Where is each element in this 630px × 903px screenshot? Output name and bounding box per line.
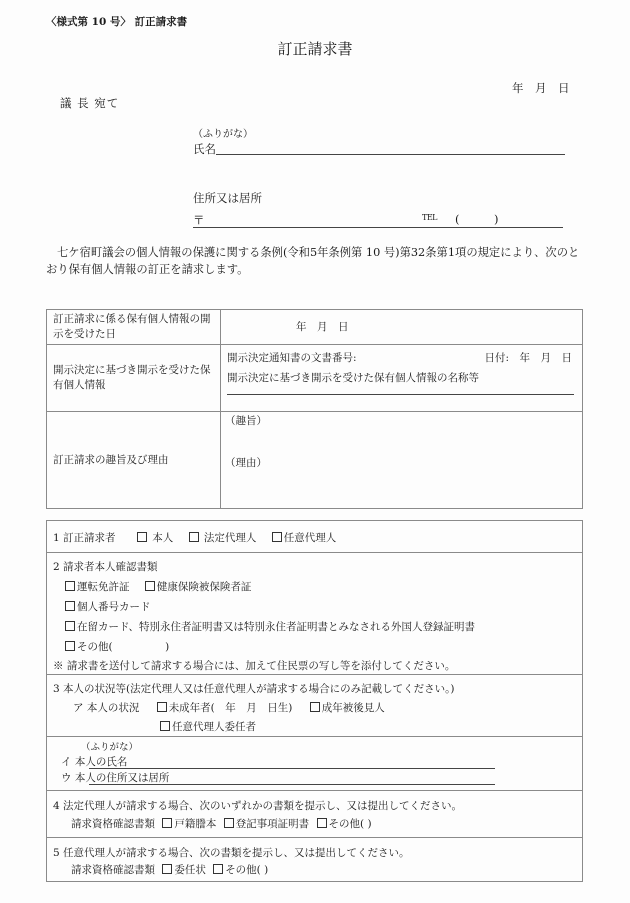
checkbox-drivers-license[interactable]: 運転免許証 — [65, 581, 130, 593]
principal-furigana-label: （ふりがな） — [81, 739, 138, 753]
disclosure-date-field[interactable]: 年 月 日 — [221, 310, 583, 345]
checkbox-icon — [65, 601, 75, 611]
disclosed-info-cell: 開示決定通知書の文書番号: 日付: 年 月 日 開示決定に基づき開示を受けた保有… — [221, 345, 583, 412]
checkbox-residence-card[interactable]: 在留カード、特別永住者証明書又は特別永住者証明書とみなされる外国人登録証明書 — [65, 619, 475, 634]
status-label: ア 本人の状況 — [73, 702, 139, 714]
section-3-title: 3 本人の状況等(法定代理人又は任意代理人が請求する場合にのみ記載してください。… — [53, 681, 454, 696]
checkbox-icon — [189, 532, 199, 542]
postal-mark: 〒 — [193, 212, 205, 228]
purpose-label: （趣旨） — [225, 414, 576, 429]
info-name-field[interactable] — [227, 394, 574, 395]
principal-name-label: イ 本人の氏名 — [61, 754, 127, 769]
docs-label: 請求資格確認書類 — [71, 864, 155, 876]
checkbox-icon — [310, 702, 320, 712]
address-field[interactable] — [193, 227, 563, 228]
checkbox-voluntary-agent[interactable]: 任意代理人 — [272, 532, 337, 544]
tel-field[interactable]: ( ) — [455, 211, 498, 227]
checkbox-self[interactable]: 本人 — [137, 532, 173, 544]
intro-text: 七ケ宿町議会の個人情報の保護に関する条例(令和5年条例第 10 号)第32条第1… — [46, 244, 586, 278]
checkbox-icon — [272, 532, 282, 542]
requester-sections: 1 訂正請求者 本人 法定代理人 任意代理人 2 請求者本人確認書類 運転免許証… — [46, 520, 583, 882]
checkbox-icon — [65, 641, 75, 651]
checkbox-legal-agent[interactable]: 法定代理人 — [189, 532, 257, 544]
doc-number-field[interactable]: 開示決定通知書の文書番号: — [227, 351, 357, 366]
purpose-reason-cell[interactable]: （趣旨） （理由） — [221, 412, 583, 509]
address-label: 住所又は居所 — [193, 190, 262, 206]
addressee: 議 長 宛て — [60, 95, 119, 111]
checkbox-icon — [162, 864, 172, 874]
id-documents-note: ※ 請求書を送付して請求する場合には、加えて住民票の写し等を添付してください。 — [53, 658, 455, 673]
disclosed-info-label: 開示決定に基づき開示を受けた保有個人情報 — [47, 345, 221, 412]
reason-label: （理由） — [225, 456, 576, 471]
checkbox-icon — [157, 702, 167, 712]
checkbox-icon — [65, 621, 75, 631]
section-legal-agent-docs: 4 法定代理人が請求する場合、次のいずれかの書類を提示し、又は提出してください。… — [47, 791, 582, 838]
checkbox-family-register[interactable]: 戸籍謄本 — [162, 818, 216, 830]
checkbox-icon — [317, 818, 327, 828]
section-2-title: 2 請求者本人確認書類 — [53, 559, 158, 574]
checkbox-icon — [145, 581, 155, 591]
name-field[interactable] — [216, 154, 565, 155]
section-principal-identity: （ふりがな） イ 本人の氏名 ウ 本人の住所又は居所 — [47, 737, 582, 791]
checkbox-health-insurance[interactable]: 健康保険被保険者証 — [145, 581, 252, 593]
checkbox-other-id[interactable]: その他( ) — [65, 639, 169, 654]
info-name-label: 開示決定に基づき開示を受けた保有個人情報の名称等 — [227, 371, 576, 386]
checkbox-other-voluntary[interactable]: その他( ) — [213, 864, 268, 876]
checkbox-icon — [213, 864, 223, 874]
section-principal-status: 3 本人の状況等(法定代理人又は任意代理人が請求する場合にのみ記載してください。… — [47, 675, 582, 737]
section-voluntary-agent-docs: 5 任意代理人が請求する場合、次の書類を提示し、又は提出してください。 請求資格… — [47, 838, 582, 881]
page-title: 訂正請求書 — [0, 38, 630, 59]
checkbox-minor[interactable]: 未成年者( 年 月 日生) — [157, 702, 293, 714]
table-row: 訂正請求に係る保有個人情報の開示を受けた日 年 月 日 — [47, 310, 583, 345]
section-5-title: 5 任意代理人が請求する場合、次の書類を提示し、又は提出してください。 — [53, 845, 410, 860]
notice-date-field[interactable]: 日付: 年 月 日 — [484, 351, 572, 366]
table-row: 開示決定に基づき開示を受けた保有個人情報 開示決定通知書の文書番号: 日付: 年… — [47, 345, 583, 412]
name-label: 氏名 — [193, 141, 216, 157]
section-4-title: 4 法定代理人が請求する場合、次のいずれかの書類を提示し、又は提出してください。 — [53, 798, 462, 813]
checkbox-registry-cert[interactable]: 登記事項証明書 — [224, 818, 310, 830]
checkbox-icon — [160, 721, 170, 731]
tel-label: TEL — [422, 213, 437, 222]
form-number: 〈様式第 10 号〉 訂正請求書 — [46, 14, 187, 29]
checkbox-icon — [162, 818, 172, 828]
request-date[interactable]: 年 月 日 — [512, 80, 570, 96]
checkbox-delegator[interactable]: 任意代理人委任者 — [160, 719, 256, 734]
section-requester-type: 1 訂正請求者 本人 法定代理人 任意代理人 — [47, 521, 582, 553]
section-id-documents: 2 請求者本人確認書類 運転免許証 健康保険被保険者証 個人番号カード 在留カー… — [47, 553, 582, 675]
checkbox-icon — [65, 581, 75, 591]
checkbox-mynumber-card[interactable]: 個人番号カード — [65, 599, 151, 614]
docs-label: 請求資格確認書類 — [71, 818, 155, 830]
checkbox-icon — [137, 532, 147, 542]
purpose-reason-label: 訂正請求の趣旨及び理由 — [47, 412, 221, 509]
checkbox-other-legal[interactable]: その他( ) — [317, 818, 372, 830]
table-row: 訂正請求の趣旨及び理由 （趣旨） （理由） — [47, 412, 583, 509]
checkbox-adult-ward[interactable]: 成年被後見人 — [310, 702, 385, 714]
checkbox-power-of-attorney[interactable]: 委任状 — [162, 864, 206, 876]
section-1-title: 1 訂正請求者 — [53, 532, 116, 544]
principal-name-field[interactable] — [89, 768, 495, 769]
disclosure-date-label: 訂正請求に係る保有個人情報の開示を受けた日 — [47, 310, 221, 345]
principal-address-label: ウ 本人の住所又は居所 — [61, 770, 169, 785]
checkbox-icon — [224, 818, 234, 828]
principal-address-field[interactable] — [89, 784, 495, 785]
furigana-label: （ふりがな） — [193, 125, 253, 140]
request-details-table: 訂正請求に係る保有個人情報の開示を受けた日 年 月 日 開示決定に基づき開示を受… — [46, 309, 583, 509]
